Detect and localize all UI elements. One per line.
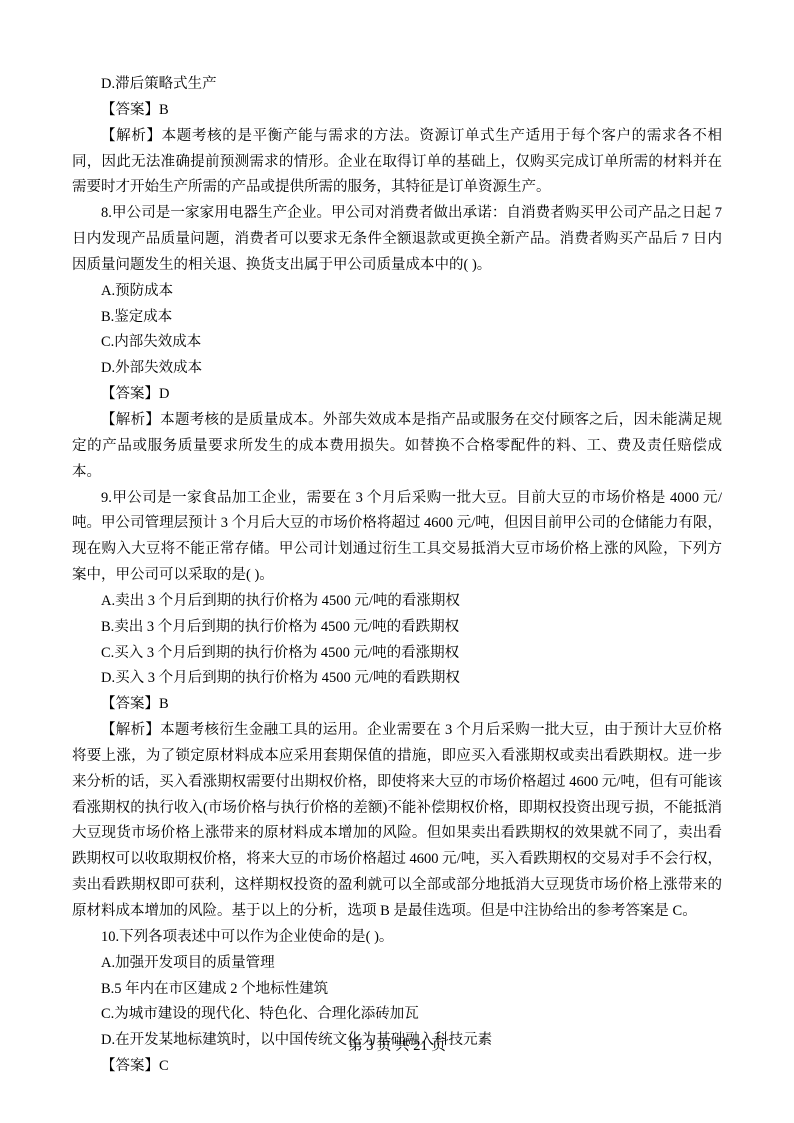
question-10-option-c: C.为城市建设的现代化、特色化、合理化添砖加瓦: [72, 1002, 722, 1028]
prev-question-analysis: 【解析】本题考核的是平衡产能与需求的方法。资源订单式生产适用于每个客户的需求各不…: [72, 124, 722, 202]
document-page: D.滞后策略式生产 【答案】B 【解析】本题考核的是平衡产能与需求的方法。资源订…: [0, 0, 794, 1123]
question-10-option-a: A.加强开发项目的质量管理: [72, 951, 722, 977]
prev-question-answer: 【答案】B: [72, 98, 722, 124]
question-8-option-c: C.内部失效成本: [72, 330, 722, 356]
document-body: D.滞后策略式生产 【答案】B 【解析】本题考核的是平衡产能与需求的方法。资源订…: [72, 72, 722, 1080]
question-9-option-d: D.买入 3 个月后到期的执行价格为 4500 元/吨的看跌期权: [72, 666, 722, 692]
question-9-option-a: A.卖出 3 个月后到期的执行价格为 4500 元/吨的看涨期权: [72, 589, 722, 615]
question-9-option-c: C.买入 3 个月后到期的执行价格为 4500 元/吨的看涨期权: [72, 641, 722, 667]
question-10-option-b: B.5 年内在市区建成 2 个地标性建筑: [72, 977, 722, 1003]
prev-question-option-d: D.滞后策略式生产: [72, 72, 722, 98]
page-number-text: 第 3 页 共 21 页: [348, 1038, 446, 1054]
question-8-answer: 【答案】D: [72, 382, 722, 408]
question-8-analysis: 【解析】本题考核的是质量成本。外部失效成本是指产品或服务在交付顾客之后，因未能满…: [72, 408, 722, 486]
question-9-answer: 【答案】B: [72, 692, 722, 718]
question-8-option-d: D.外部失效成本: [72, 356, 722, 382]
question-9-option-b: B.卖出 3 个月后到期的执行价格为 4500 元/吨的看跌期权: [72, 615, 722, 641]
question-8-stem: 8.甲公司是一家家用电器生产企业。甲公司对消费者做出承诺：自消费者购买甲公司产品…: [72, 201, 722, 279]
question-9-analysis: 【解析】本题考核衍生金融工具的运用。企业需要在 3 个月后采购一批大豆，由于预计…: [72, 718, 722, 925]
question-9-stem: 9.甲公司是一家食品加工企业，需要在 3 个月后采购一批大豆。目前大豆的市场价格…: [72, 486, 722, 589]
question-8-option-b: B.鉴定成本: [72, 305, 722, 331]
question-10-stem: 10.下列各项表述中可以作为企业使命的是( )。: [72, 925, 722, 951]
question-8-option-a: A.预防成本: [72, 279, 722, 305]
page-footer: 第 3 页 共 21 页: [0, 1034, 794, 1060]
